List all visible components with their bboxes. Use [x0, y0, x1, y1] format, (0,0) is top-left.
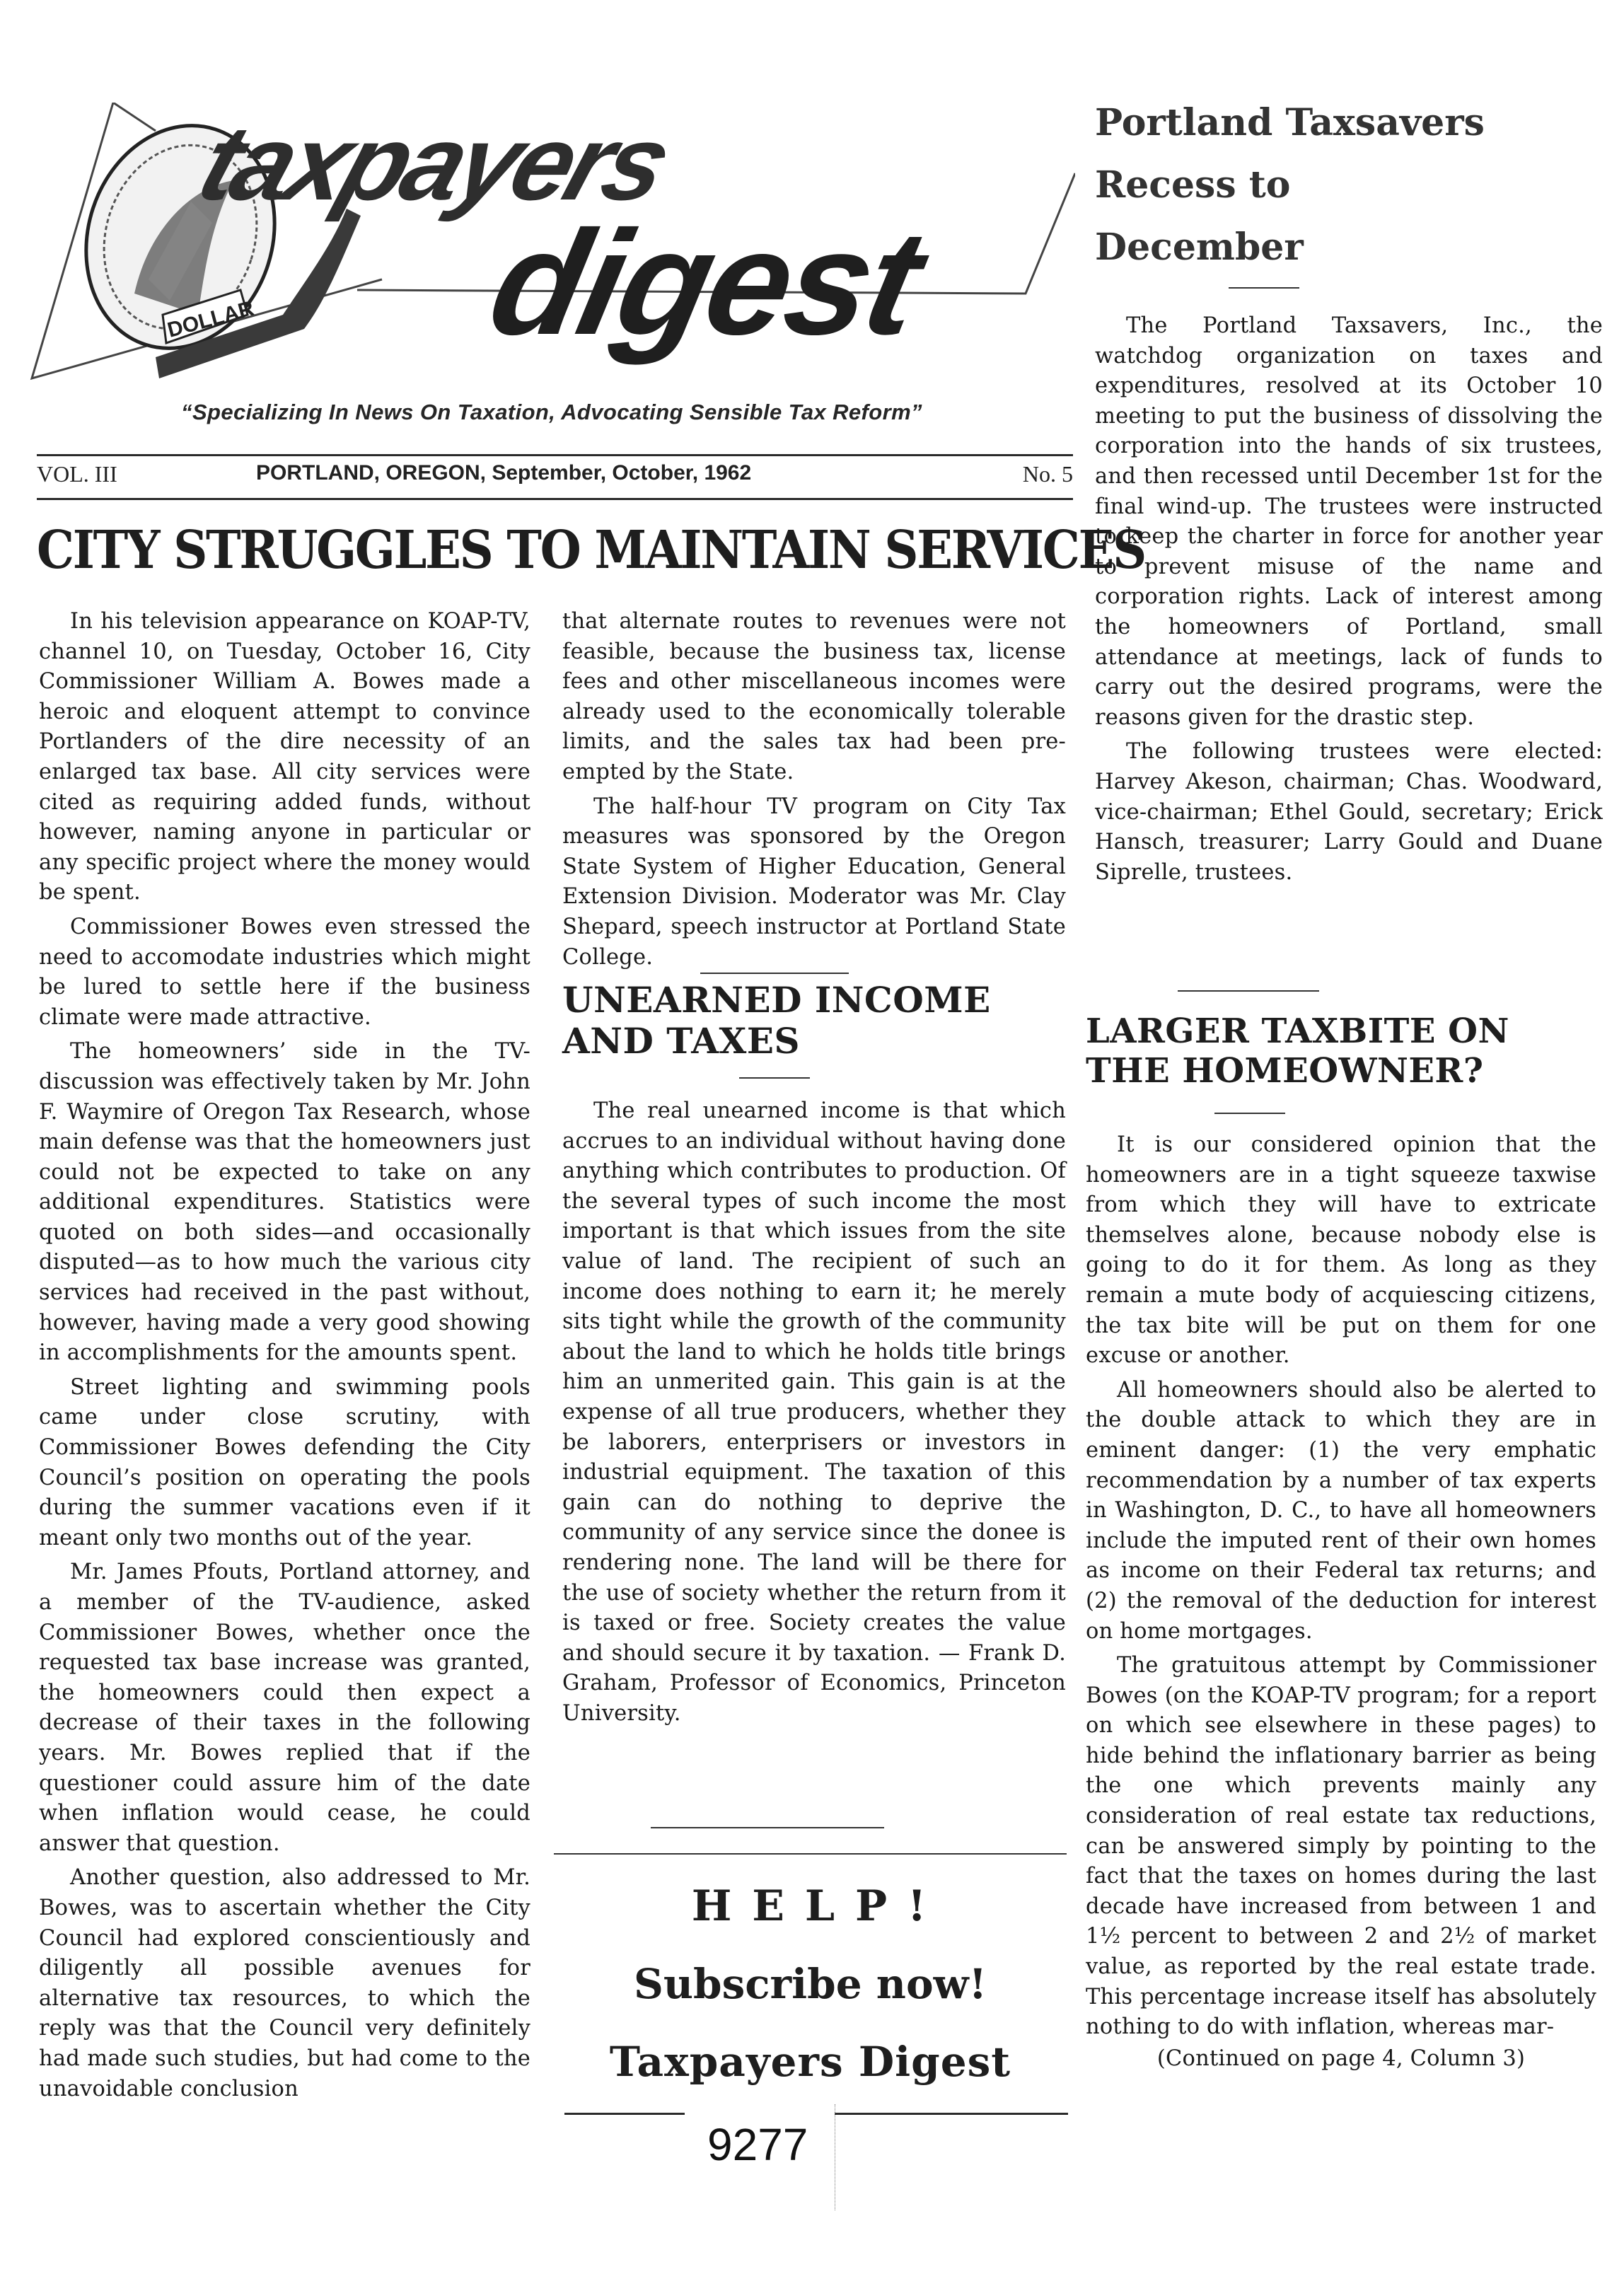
section-divider — [1229, 287, 1299, 289]
lead-paragraph: that alternate routes to revenues were n… — [562, 607, 1066, 788]
headline-line: AND TAXES — [562, 1021, 1066, 1062]
taxbite-body: It is our considered opinion that the ho… — [1086, 1130, 1596, 2074]
lead-story-column-1: In his television appearance on KOAP-TV,… — [39, 607, 530, 2104]
subscribe-box-top-rule — [554, 1853, 1067, 1855]
article-paragraph: All homeowners should also be alerted to… — [1086, 1376, 1596, 1647]
page-stamp-number: 9277 — [707, 2118, 808, 2171]
lead-paragraph: Another question, also addressed to Mr. … — [39, 1863, 530, 2104]
unearned-income-body: The real unearned income is that which a… — [562, 1096, 1066, 1729]
logo-digest-word: digest — [480, 209, 932, 357]
taxpayers-digest-heading: Taxpayers Digest — [554, 2023, 1067, 2101]
headline-line: December — [1095, 216, 1604, 279]
taxsavers-body: The Portland Taxsavers, Inc., the watchd… — [1095, 311, 1603, 888]
article-paragraph: The following trustees were elected: Har… — [1095, 737, 1603, 888]
subscribe-box-bottom-rule-right — [835, 2113, 1068, 2115]
masthead-top-rule — [37, 454, 1073, 456]
masthead-logo: DOLLAR taxpayers digest — [28, 103, 1075, 400]
lead-paragraph: Street lighting and swimming pools came … — [39, 1373, 530, 1554]
subscribe-box: H E L P ! Subscribe now! Taxpayers Diges… — [554, 1867, 1067, 2101]
section-divider — [739, 1077, 810, 1079]
headline-line: THE HOMEOWNER? — [1086, 1051, 1602, 1091]
lead-paragraph: Commissioner Bowes even stressed the nee… — [39, 912, 530, 1033]
section-divider — [651, 1827, 884, 1828]
article-paragraph: The Portland Taxsavers, Inc., the watchd… — [1095, 311, 1603, 733]
headline-line: Portland Taxsavers — [1095, 92, 1604, 154]
continuation-note: (Continued on page 4, Column 3) — [1086, 2044, 1596, 2075]
article-paragraph: The real unearned income is that which a… — [562, 1096, 1066, 1729]
masthead-bottom-rule — [37, 498, 1073, 500]
lead-paragraph: In his television appearance on KOAP-TV,… — [39, 607, 530, 908]
taxbite-headline: LARGER TAXBITE ON THE HOMEOWNER? — [1086, 1011, 1602, 1091]
lead-story-column-2: that alternate routes to revenues were n… — [562, 607, 1066, 973]
article-paragraph: It is our considered opinion that the ho… — [1086, 1130, 1596, 1371]
section-divider — [700, 973, 849, 974]
unearned-income-headline: UNEARNED INCOME AND TAXES — [562, 980, 1066, 1062]
location-and-date: PORTLAND, OREGON, September, October, 19… — [256, 461, 751, 485]
lead-paragraph: The half-hour TV program on City Tax mea… — [562, 792, 1066, 973]
box-edge-line — [835, 2104, 835, 2210]
subscribe-now-heading: Subscribe now! — [554, 1945, 1067, 2023]
headline-line: Recess to — [1095, 154, 1604, 216]
headline-line: LARGER TAXBITE ON — [1086, 1011, 1602, 1051]
section-divider — [1178, 990, 1319, 992]
lead-headline: CITY STRUGGLES TO MAINTAIN SERVICES — [37, 515, 973, 586]
help-heading: H E L P ! — [554, 1867, 1067, 1945]
volume-number: VOL. III — [37, 461, 117, 487]
masthead-tagline: “Specializing In News On Taxation, Advoc… — [28, 400, 1075, 425]
lead-paragraph: The homeowners’ side in the TV-discussio… — [39, 1037, 530, 1369]
subscribe-box-bottom-rule-left — [564, 2113, 685, 2115]
dateline: VOL. III PORTLAND, OREGON, September, Oc… — [37, 460, 1073, 491]
article-paragraph: The gratuitous attempt by Commissioner B… — [1086, 1651, 1596, 2043]
lead-paragraph: Mr. James Pfouts, Portland attorney, and… — [39, 1557, 530, 1859]
taxsavers-headline: Portland Taxsavers Recess to December — [1095, 92, 1604, 279]
issue-number: No. 5 — [1023, 461, 1073, 487]
headline-line: UNEARNED INCOME — [562, 980, 1066, 1021]
section-divider — [1214, 1113, 1285, 1114]
